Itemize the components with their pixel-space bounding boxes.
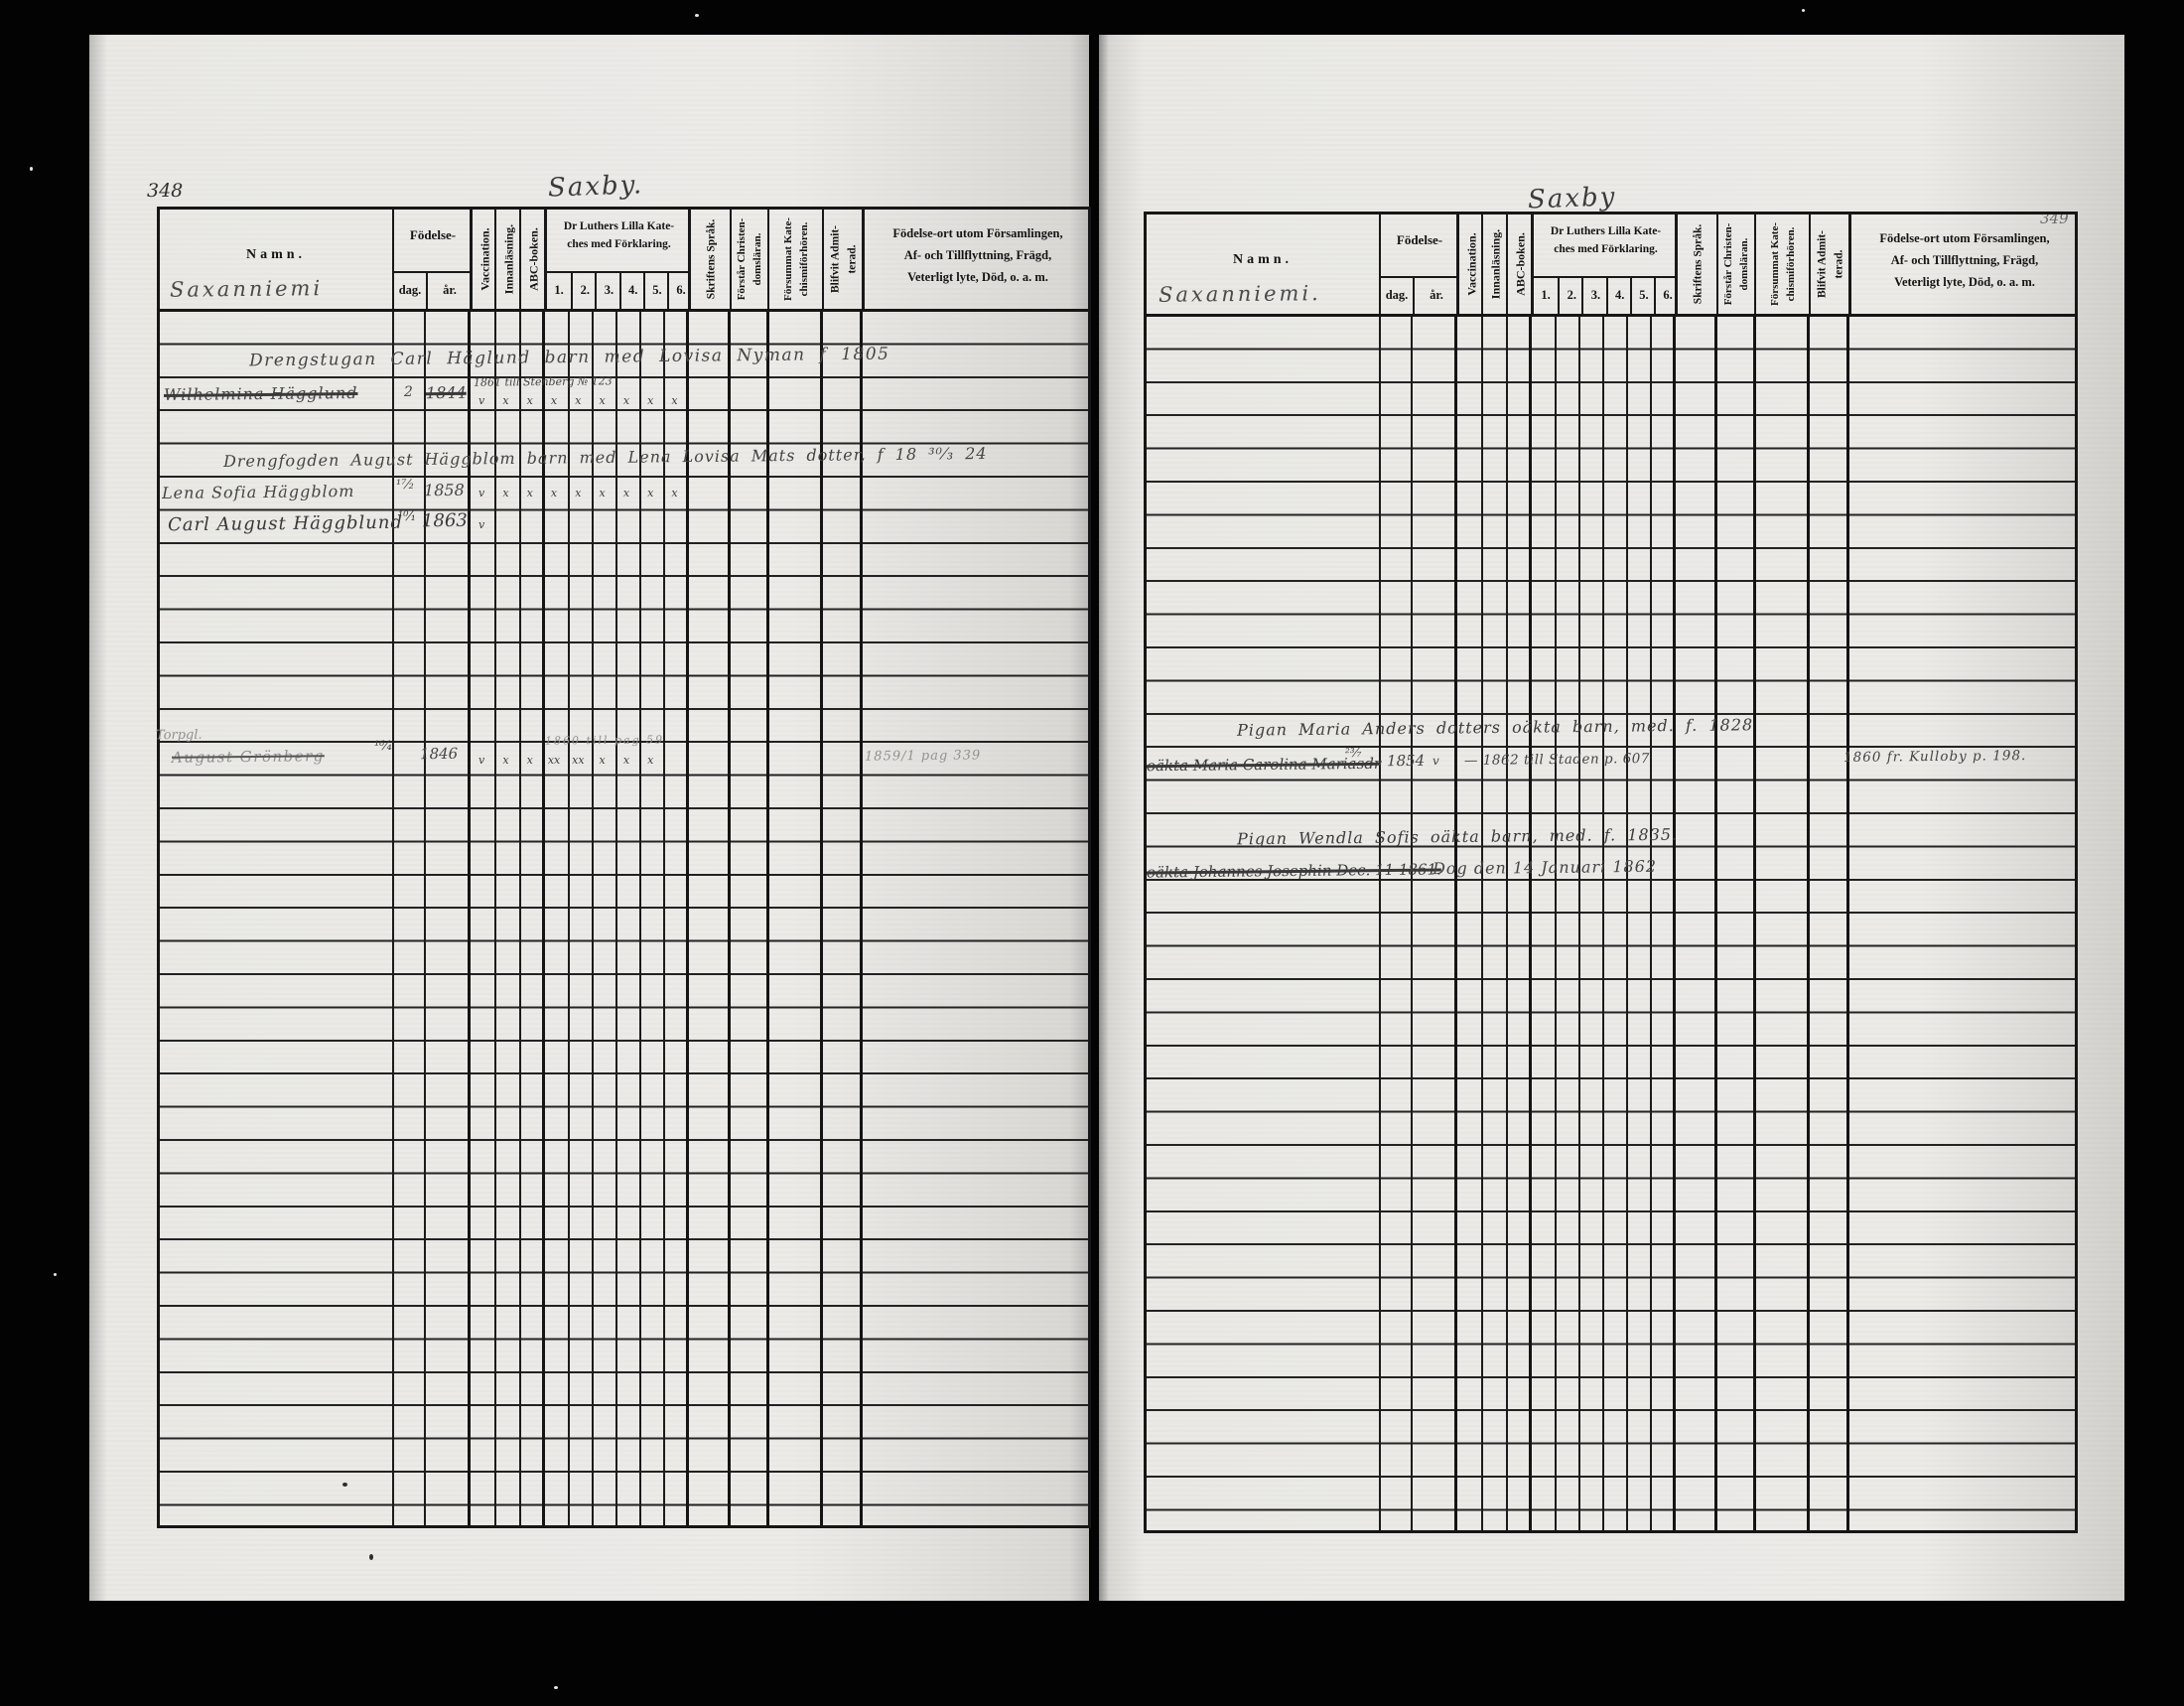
blifvit-line1: Blifvit Admit-	[1814, 230, 1831, 298]
column-forsummat-katechismiforhoren: Försummat Kate- chismiförhören.	[767, 210, 824, 309]
forstar-line2: domsläran.	[1737, 223, 1753, 306]
column-label-fodelseort: Födelse-ort utom Församlingen, Af- och T…	[869, 223, 1087, 289]
column-kateches-3: 3.	[1581, 276, 1607, 314]
column-kateches-5: 5.	[1630, 276, 1656, 314]
column-label-forsummat: Försummat Kate- chismiförhören.	[1768, 222, 1800, 306]
dust-speck	[1802, 9, 1805, 12]
column-fodelse: Födelse- dag. år.	[392, 210, 472, 309]
column-label-skriftens: Skriftens Språk.	[1691, 224, 1707, 305]
ink-speck	[342, 1483, 347, 1487]
kateches-num: 5.	[1632, 288, 1656, 303]
table-body-grid	[1147, 317, 2075, 1530]
column-ar: år.	[1413, 276, 1458, 314]
column-label-forsummat: Försummat Kate- chismiförhören.	[781, 217, 813, 301]
column-label-kateches: Dr Luthers Lilla Kate- ches med Förklari…	[1534, 222, 1678, 259]
kateches-num: 1.	[1534, 288, 1558, 303]
dust-speck	[54, 1273, 57, 1276]
kateches-num: 2.	[573, 283, 597, 298]
kateches-line1: Dr Luthers Lilla Kate-	[1534, 222, 1678, 240]
column-ar: år.	[426, 271, 472, 309]
column-label-ar: år.	[428, 283, 472, 298]
column-label-dag: dag.	[394, 283, 426, 298]
fodelseort-line1: Födelse-ort utom Församlingen,	[1855, 228, 2074, 250]
forstar-line1: Förstår Christen-	[735, 218, 751, 301]
forsummat-line1: Försummat Kate-	[1768, 222, 1784, 306]
column-label-innanlasning: Innanläsning.	[1487, 229, 1504, 299]
column-label-skriftens: Skriftens Språk.	[704, 219, 721, 300]
record-table: Namn. Födelse- dag. år. Vaccination.	[157, 207, 1091, 1528]
kateches-line2: ches med Förklaring.	[1534, 240, 1678, 258]
column-dag: dag.	[394, 271, 426, 309]
page-title-script: Saxby.	[548, 170, 644, 203]
dust-speck	[554, 1686, 558, 1689]
forsummat-line2: chismiförhören.	[797, 217, 813, 301]
column-blifvit-admitterad: Blifvit Admit- terad.	[822, 210, 864, 309]
column-label-blifvit: Blifvit Admit- terad.	[827, 225, 860, 293]
kateches-num: 4.	[621, 283, 645, 298]
blifvit-line2: terad.	[1831, 230, 1847, 298]
column-label-namn: Namn.	[1147, 252, 1379, 268]
column-forstar-christendomslaran: Förstår Christen- domsläran.	[730, 210, 769, 309]
table-body-grid	[160, 312, 1088, 1525]
fodelseort-line3: Veterligt lyte, Död, o. a. m.	[869, 267, 1087, 289]
column-kateches-2: 2.	[571, 271, 597, 309]
column-label-vaccination: Vaccination.	[1463, 232, 1480, 295]
column-skriftens-sprak: Skriftens Språk.	[1675, 214, 1719, 314]
dust-speck	[30, 167, 33, 171]
column-namn: Namn.	[160, 210, 392, 309]
column-label-forstar: Förstår Christen- domsläran.	[735, 218, 766, 301]
column-namn: Namn.	[1147, 214, 1379, 314]
column-innanlasning: Innanläsning.	[494, 210, 521, 309]
fodelseort-line1: Födelse-ort utom Församlingen,	[869, 223, 1087, 245]
dust-speck	[695, 14, 699, 17]
column-kateches-1: 1.	[547, 271, 571, 309]
kateches-num: 5.	[645, 283, 669, 298]
column-label-fodelse: Födelse-	[394, 227, 472, 243]
column-blifvit-admitterad: Blifvit Admit- terad.	[1809, 214, 1850, 314]
column-vaccination: Vaccination.	[1456, 214, 1484, 314]
kateches-num: 4.	[1608, 288, 1632, 303]
column-kateches-4: 4.	[1606, 276, 1632, 314]
right-page: 349 Saxby Namn. Födelse- dag. år.	[1099, 35, 2124, 1601]
column-kateches-group: Dr Luthers Lilla Kate- ches med Förklari…	[544, 210, 691, 309]
column-label-fodelse: Födelse-	[1381, 232, 1458, 248]
forstar-line2: domsläran.	[751, 218, 766, 301]
forsummat-line1: Försummat Kate-	[781, 217, 797, 301]
kateches-line1: Dr Luthers Lilla Kate-	[547, 217, 691, 235]
column-fodelse: Födelse- dag. år.	[1379, 214, 1458, 314]
column-label-innanlasning: Innanläsning.	[500, 224, 517, 294]
column-label-blifvit: Blifvit Admit- terad.	[1814, 230, 1846, 298]
blifvit-line2: terad.	[844, 225, 861, 293]
forsummat-line2: chismiförhören.	[1784, 222, 1800, 306]
table-header: Namn. Födelse- dag. år. Vaccination.	[1147, 214, 2075, 317]
column-kateches-2: 2.	[1558, 276, 1583, 314]
column-forstar-christendomslaran: Förstår Christen- domsläran.	[1716, 214, 1756, 314]
page-title-script: Saxby	[1528, 182, 1617, 214]
scanned-parish-register: 348 Saxby. Namn. Födelse- dag.	[0, 0, 2184, 1706]
column-label-namn: Namn.	[160, 247, 392, 263]
column-label-vaccination: Vaccination.	[477, 227, 493, 290]
record-table: Namn. Födelse- dag. år. Vaccination.	[1144, 212, 2078, 1533]
page-number: 348	[147, 180, 183, 202]
column-kateches-4: 4.	[619, 271, 645, 309]
kateches-num: 3.	[1583, 288, 1607, 303]
column-kateches-3: 3.	[595, 271, 620, 309]
kateches-num: 1.	[547, 283, 571, 298]
fodelseort-line2: Af- och Tillflyttning, Frägd,	[869, 245, 1087, 267]
fodelseort-line3: Veterligt lyte, Död, o. a. m.	[1855, 272, 2074, 294]
left-page: 348 Saxby. Namn. Födelse- dag.	[89, 35, 1089, 1601]
column-label-ar: år.	[1415, 288, 1458, 303]
column-kateches-1: 1.	[1534, 276, 1558, 314]
column-kateches-group: Dr Luthers Lilla Kate- ches med Förklari…	[1531, 214, 1678, 314]
column-label-fodelseort: Födelse-ort utom Församlingen, Af- och T…	[1855, 228, 2074, 294]
column-label-kateches: Dr Luthers Lilla Kate- ches med Förklari…	[547, 217, 691, 254]
table-header: Namn. Födelse- dag. år. Vaccination.	[160, 210, 1088, 312]
column-abc-boken: ABC-boken.	[519, 210, 546, 309]
column-fodelseort-notes: Födelse-ort utom Församlingen, Af- och T…	[1848, 214, 2078, 314]
column-label-forstar: Förstår Christen- domsläran.	[1721, 223, 1753, 306]
column-skriftens-sprak: Skriftens Språk.	[688, 210, 733, 309]
forstar-line1: Förstår Christen-	[1721, 223, 1737, 306]
kateches-num: 2.	[1560, 288, 1583, 303]
column-dag: dag.	[1381, 276, 1413, 314]
kateches-line2: ches med Förklaring.	[547, 235, 691, 253]
column-fodelseort-notes: Födelse-ort utom Församlingen, Af- och T…	[862, 210, 1091, 309]
column-label-abc-boken: ABC-boken.	[525, 227, 542, 291]
column-label-abc-boken: ABC-boken.	[1512, 232, 1529, 296]
column-kateches-5: 5.	[643, 271, 669, 309]
kateches-num: 3.	[597, 283, 620, 298]
blifvit-line1: Blifvit Admit-	[827, 225, 844, 293]
column-forsummat-katechismiforhoren: Försummat Kate- chismiförhören.	[1754, 214, 1811, 314]
ink-speck	[369, 1554, 373, 1560]
column-label-dag: dag.	[1381, 288, 1413, 303]
fodelseort-line2: Af- och Tillflyttning, Frägd,	[1855, 250, 2074, 272]
column-vaccination: Vaccination.	[470, 210, 497, 309]
column-abc-boken: ABC-boken.	[1506, 214, 1533, 314]
column-innanlasning: Innanläsning.	[1481, 214, 1508, 314]
